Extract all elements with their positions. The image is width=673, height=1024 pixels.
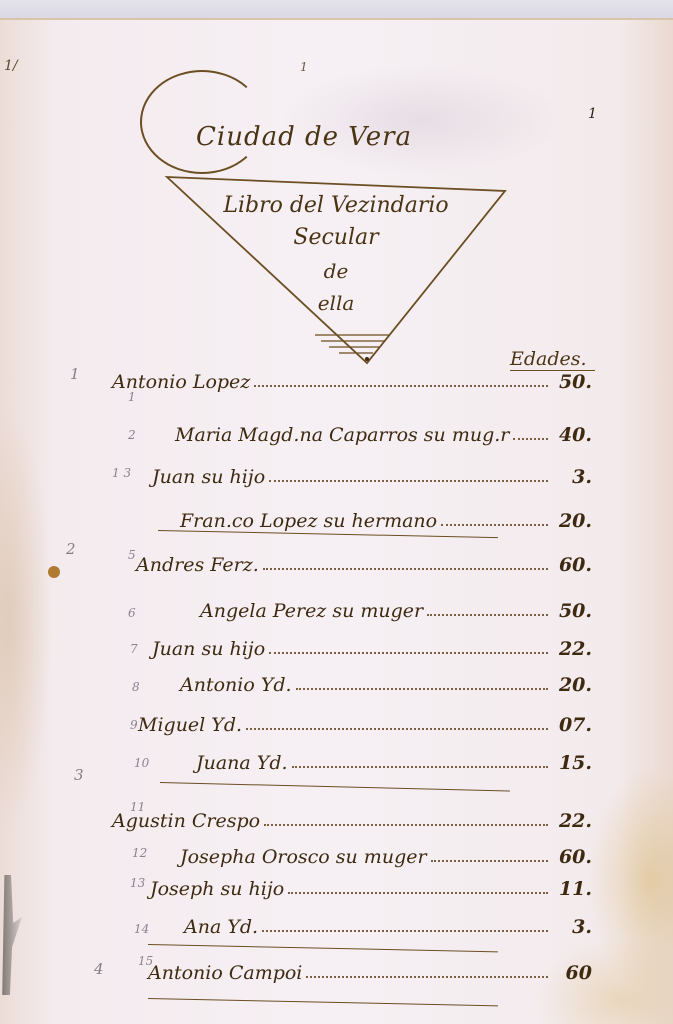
register-entry: Juana Yd. 15. — [196, 746, 592, 774]
household-number: 1 — [70, 365, 80, 383]
entry-index: 1 3 — [112, 466, 131, 480]
entry-name: Fran.co Lopez su hermano — [180, 510, 437, 532]
title-line-1: Libro del Vezindario — [163, 193, 509, 218]
entry-index: 9 — [130, 718, 138, 732]
title-line-4: ella — [163, 291, 509, 315]
leader-dots — [262, 930, 548, 932]
leader-dots — [513, 438, 548, 440]
leader-dots — [269, 652, 548, 654]
leader-dots — [296, 688, 548, 690]
household-separator — [160, 782, 510, 792]
register-entry: Juan su hijo 3. — [152, 460, 592, 488]
entry-age: 50. — [552, 371, 592, 393]
corner-mark: 1/ — [4, 58, 18, 74]
leader-dots — [292, 766, 548, 768]
entry-name: Ana Yd. — [184, 916, 258, 938]
leader-dots — [306, 976, 548, 978]
register-entry: Miguel Yd. 07. — [138, 708, 592, 736]
entry-index: 8 — [132, 680, 140, 694]
household-separator — [148, 944, 498, 952]
register-entry: Ana Yd. 3. — [184, 910, 592, 938]
heading-text: Ciudad de Vera — [196, 122, 412, 152]
entry-name: Agustin Crespo — [112, 810, 260, 832]
leader-dots — [441, 524, 548, 526]
entry-age: 60. — [552, 846, 592, 868]
entry-age: 15. — [552, 752, 592, 774]
entry-name: Juan su hijo — [152, 638, 265, 660]
margin-ink-scrawl — [0, 875, 22, 995]
ink-blot — [48, 566, 60, 578]
register-entry: Juan su hijo 22. — [152, 632, 592, 660]
entry-age: 22. — [552, 638, 592, 660]
folio-number: 1 — [588, 106, 597, 122]
register-entry: Angela Perez su muger 50. — [200, 594, 592, 622]
register-entry: Antonio Campoi 60 — [148, 956, 592, 984]
title-block-triangle: Libro del Vezindario Secular de ella — [163, 173, 509, 368]
leader-dots — [264, 824, 548, 826]
title-line-2: Secular — [163, 225, 509, 250]
entry-age: 20. — [552, 674, 592, 696]
register-entry: Josepha Orosco su muger 60. — [180, 840, 592, 868]
page-heading: Ciudad de Vera — [140, 70, 480, 170]
entry-index: 13 — [130, 876, 145, 890]
entry-age: 3. — [552, 916, 592, 938]
entry-name: Juana Yd. — [196, 752, 288, 774]
entry-index: 12 — [132, 846, 147, 860]
entry-name: Angela Perez su muger — [200, 600, 423, 622]
leader-dots — [246, 728, 548, 730]
register-entry: Antonio Lopez 50. — [112, 365, 592, 393]
entry-name: Juan su hijo — [152, 466, 265, 488]
title-line-3: de — [163, 259, 509, 283]
entry-age: 22. — [552, 810, 592, 832]
leader-dots — [431, 860, 548, 862]
leader-dots — [254, 385, 548, 387]
household-number: 3 — [74, 766, 84, 784]
register-entry: Antonio Yd. 20. — [180, 668, 592, 696]
entry-age: 60. — [552, 554, 592, 576]
entry-name: Joseph su hijo — [150, 878, 284, 900]
entry-age: 07. — [552, 714, 592, 736]
entry-name: Miguel Yd. — [138, 714, 242, 736]
register-entry: Andres Ferz. 60. — [136, 548, 592, 576]
entry-age: 11. — [552, 878, 592, 900]
household-number: 2 — [66, 540, 76, 558]
entry-name: Maria Magd.na Caparros su mug.r — [175, 424, 509, 446]
manuscript-page: 1/ 1 Ciudad de Vera 1 Libro del Vezindar… — [0, 18, 673, 1024]
entry-age: 20. — [552, 510, 592, 532]
register-entry: Joseph su hijo 11. — [150, 872, 592, 900]
leader-dots — [288, 892, 548, 894]
entry-age: 60 — [552, 962, 592, 984]
leader-dots — [427, 614, 548, 616]
entry-index: 7 — [130, 642, 138, 656]
register-entry: Maria Magd.na Caparros su mug.r 40. — [175, 418, 592, 446]
leader-dots — [269, 480, 548, 482]
entry-index: 10 — [134, 756, 149, 770]
entry-index: 1 — [128, 390, 136, 404]
entry-index: 6 — [128, 606, 136, 620]
leader-dots — [263, 568, 548, 570]
entry-name: Antonio Yd. — [180, 674, 292, 696]
entry-age: 50. — [552, 600, 592, 622]
entry-name: Josepha Orosco su muger — [180, 846, 427, 868]
household-separator — [148, 998, 498, 1006]
entry-name: Andres Ferz. — [136, 554, 259, 576]
entry-name: Antonio Campoi — [148, 962, 302, 984]
entry-index: 5 — [128, 548, 136, 562]
register-entry: Agustin Crespo 22. — [112, 804, 592, 832]
register-entry: Fran.co Lopez su hermano 20. — [180, 504, 592, 532]
household-number: 4 — [94, 960, 104, 978]
entry-age: 40. — [552, 424, 592, 446]
entry-age: 3. — [552, 466, 592, 488]
entry-index: 14 — [134, 922, 149, 936]
entry-index: 2 — [128, 428, 136, 442]
